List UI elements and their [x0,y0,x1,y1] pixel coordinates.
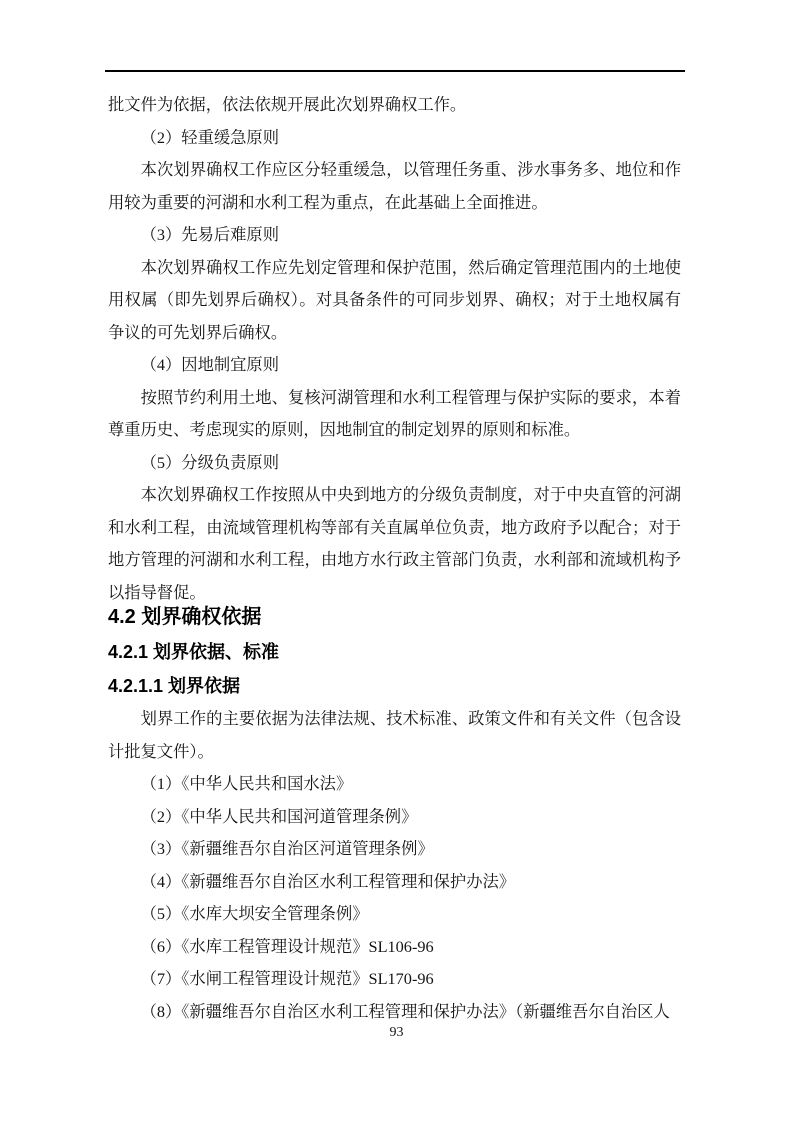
continuation-paragraph: 批文件为依据，依法依规开展此次划界确权工作。 [108,89,681,122]
reference-item-4: （4）《新疆维吾尔自治区水利工程管理和保护办法》 [108,866,681,899]
page-footer: 93 [0,1024,793,1042]
reference-item-5: （5）《水库大坝安全管理条例》 [108,898,681,931]
reference-item-7: （7）《水闸工程管理设计规范》SL170-96 [108,963,681,996]
reference-item-2: （2）《中华人民共和国河道管理条例》 [108,801,681,834]
subsubsection-heading-4-2-1-1: 4.2.1.1 划界依据 [108,669,681,703]
header-rule [105,70,685,72]
principle-4-body: 按照节约利用土地、复核河湖管理和水利工程管理与保护实际的要求，本着尊重历史、考虑… [108,382,681,447]
section-heading-4-2: 4.2 划界确权依据 [108,599,681,635]
principle-5-body: 本次划界确权工作按照从中央到地方的分级负责制度，对于中央直管的河湖和水利工程，由… [108,479,681,609]
principle-4-label: （4）因地制宜原则 [108,349,681,382]
page-number: 93 [390,1025,404,1040]
principle-3-body: 本次划界确权工作应先划定管理和保护范围，然后确定管理范围内的土地使用权属（即先划… [108,252,681,350]
document-page: 批文件为依据，依法依规开展此次划界确权工作。 （2）轻重缓急原则 本次划界确权工… [0,0,793,1122]
reference-item-3: （3）《新疆维吾尔自治区河道管理条例》 [108,833,681,866]
principle-2-body: 本次划界确权工作应区分轻重缓急，以管理任务重、涉水事务多、地位和作用较为重要的河… [108,154,681,219]
page-content: 批文件为依据，依法依规开展此次划界确权工作。 （2）轻重缓急原则 本次划界确权工… [108,89,681,1028]
subsection-heading-4-2-1: 4.2.1 划界依据、标准 [108,635,681,669]
principle-5-label: （5）分级负责原则 [108,447,681,480]
principle-3-label: （3）先易后难原则 [108,219,681,252]
reference-item-1: （1）《中华人民共和国水法》 [108,768,681,801]
principle-2-label: （2）轻重缓急原则 [108,122,681,155]
reference-item-6: （6）《水库工程管理设计规范》SL106-96 [108,931,681,964]
basis-intro-paragraph: 划界工作的主要依据为法律法规、技术标准、政策文件和有关文件（包含设计批复文件）。 [108,703,681,768]
